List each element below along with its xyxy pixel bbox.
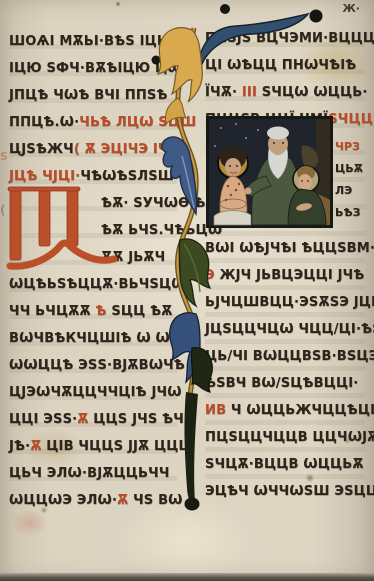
text-line: ЧРЗ (335, 140, 360, 154)
text-line: ЈПЦѢ ЧѠѢ ВЧІ ППЅѢ (9, 89, 168, 103)
text-line: ЦЬѪ (335, 162, 363, 176)
margin-mark: ( (0, 203, 5, 217)
photo-bottom-edge (0, 573, 374, 581)
ink-segment: ЈПЦѢ ЧѠѢ ВЧІ ППЅѢ (9, 88, 168, 103)
text-line: ЬѢЗ (335, 206, 360, 220)
text-line: ЦЬЧ ЭЛѠ·ВЈѪЦЦЬЧЧ (9, 467, 170, 481)
ink-segment: ЈѢ· (9, 439, 30, 454)
manuscript-page-photo: Ж· Ѕ ( ШОѦІ МѪЬІ·ВѢЅ ІЦЮШІЦЮ ЅФЧ·ВѪѢІЦЮ … (0, 0, 374, 581)
ink-segment: ЦЬЧ ЭЛѠ·ВЈѪЦЦЬЧЧ (9, 466, 170, 481)
text-line: ЛЭ (335, 184, 352, 198)
miniature-illustration (206, 116, 333, 228)
ink-segment: ѠЦЦѠЭ ЭЛѠ· (9, 493, 117, 508)
rubric-segment: Ѫ (30, 439, 46, 454)
ink-segment: ЦЬѪ (335, 162, 363, 175)
margin-mark: Ѕ (0, 150, 8, 163)
rubric-segment: Ѫ (77, 412, 93, 427)
ink-segment: ЦЈЅѢЖЧ (9, 142, 74, 157)
rubric-segment: Ѫ (117, 493, 133, 508)
rubric-segment: ЈЦѢ ЧЈЦІ· (9, 169, 80, 184)
ink-segment: ЧЧ ЬЧЦѪѪ (9, 304, 95, 319)
ink-segment: ЛЭ (335, 184, 352, 197)
ink-segment: ЬѢЗ (335, 206, 360, 219)
illuminated-initial (6, 186, 120, 278)
rubric-segment: ЅЧЦЦЧ (328, 112, 374, 127)
rubric-segment: ЧРЗ (335, 140, 360, 153)
ink-segment: ЦЦІ ЭЅЅ· (9, 412, 77, 427)
vine-border-ornament (148, 0, 330, 520)
folio-corner-mark: Ж· (342, 2, 360, 15)
ink-segment: ППЦѢ.Ѡ· (9, 115, 79, 130)
rubric-segment: Ѣ (95, 304, 111, 319)
